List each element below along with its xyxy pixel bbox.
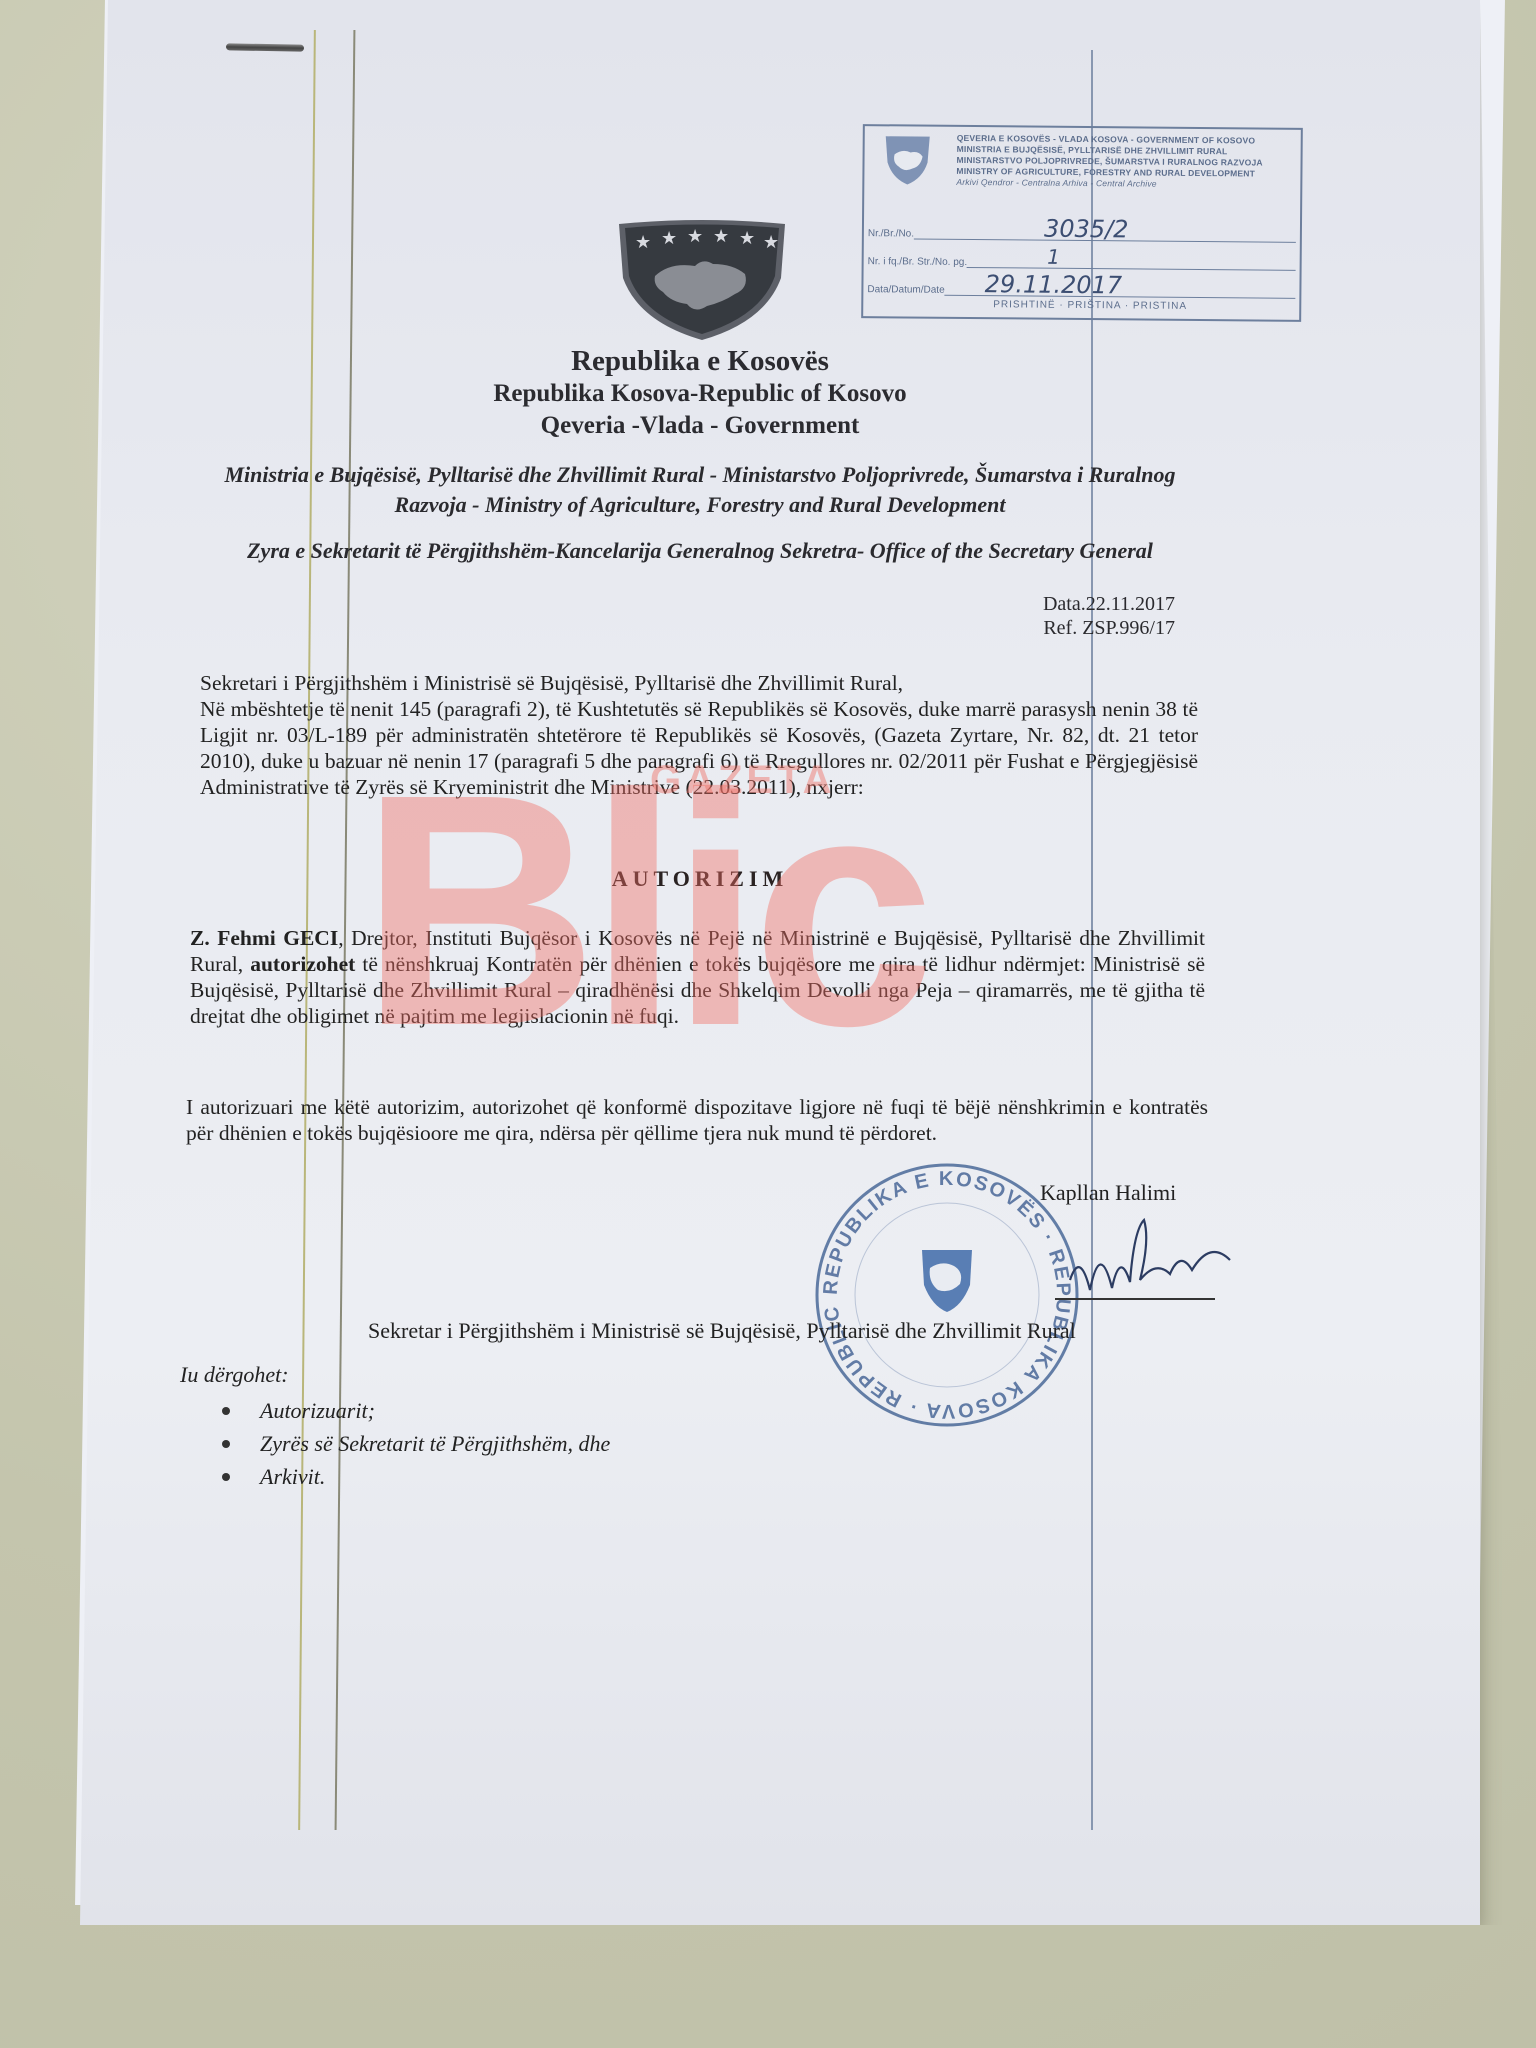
archive-stamp: QEVERIA E KOSOVËS - VLADA KOSOVA - GOVER… xyxy=(861,124,1303,322)
bullet-icon xyxy=(222,1440,230,1448)
bullet-icon xyxy=(222,1407,230,1415)
svg-text:★: ★ xyxy=(635,232,651,253)
stamp-city: PRISHTINË · PRIŠTINA · PRISTINA xyxy=(993,299,1187,312)
date-ref-block: Data.22.11.2017 Ref. ZSP.996/17 xyxy=(900,592,1175,640)
svg-text:★: ★ xyxy=(713,226,729,247)
stamp-number-value: 3035/2 xyxy=(914,217,1296,243)
usage-paragraph: I autorizuari me këtë autorizim, autoriz… xyxy=(186,1094,1208,1146)
header-title: Republika e Kosovës xyxy=(300,345,1100,378)
authorized-person: Z. Fehmi GECI xyxy=(190,926,338,950)
document-date: Data.22.11.2017 xyxy=(900,592,1175,616)
document-title: AUTORIZIM xyxy=(440,866,960,892)
stamp-header: QEVERIA E KOSOVËS - VLADA KOSOVA - GOVER… xyxy=(956,133,1296,191)
handwritten-signature xyxy=(1060,1210,1240,1310)
list-item: Autorizuarit; xyxy=(222,1394,610,1427)
svg-text:★: ★ xyxy=(763,232,779,253)
header-subtitle: Republika Kosova-Republic of Kosovo xyxy=(300,380,1100,408)
authorization-paragraph: Z. Fehmi GECI, Drejtor, Instituti Bujqës… xyxy=(190,925,1205,1029)
kosovo-crest-icon xyxy=(882,132,932,186)
staple xyxy=(226,43,304,51)
distribution-label: Iu dërgohet: xyxy=(180,1362,289,1388)
svg-text:★: ★ xyxy=(661,228,677,249)
distribution-list: Autorizuarit; Zyrës së Sekretarit të Për… xyxy=(222,1394,610,1493)
kosovo-coat-of-arms-icon: ★ ★ ★ ★ ★ ★ xyxy=(615,218,789,342)
list-item: Zyrës së Sekretarit të Përgjithshëm, dhe xyxy=(222,1427,610,1460)
document-ref: Ref. ZSP.996/17 xyxy=(900,616,1175,640)
stamp-date-row: Data/Datum/Date 29.11.2017 xyxy=(867,272,1295,299)
bullet-icon xyxy=(222,1473,230,1481)
signature-line xyxy=(1055,1298,1215,1300)
stamp-number-row: Nr./Br./No. 3035/2 xyxy=(868,216,1296,243)
watermark-label: GAZETA xyxy=(650,758,835,803)
signer-title: Sekretar i Përgjithshëm i Ministrisë së … xyxy=(368,1318,1076,1344)
ministry-name: Ministria e Bujqësisë, Pylltarisë dhe Zh… xyxy=(200,460,1200,520)
office-name: Zyra e Sekretarit të Përgjithshëm-Kancel… xyxy=(200,536,1200,566)
svg-text:★: ★ xyxy=(739,228,755,249)
stamp-pages-row: Nr. i fq./Br. Str./No. pg. 1 xyxy=(868,244,1296,271)
svg-text:★: ★ xyxy=(687,226,703,247)
list-item: Arkivit. xyxy=(222,1460,610,1493)
stamp-date-value: 29.11.2017 xyxy=(945,273,1296,299)
stamp-pages-value: 1 xyxy=(967,245,1296,271)
header-government: Qeveria -Vlada - Government xyxy=(300,412,1100,440)
signer-name: Kapllan Halimi xyxy=(1040,1180,1176,1206)
